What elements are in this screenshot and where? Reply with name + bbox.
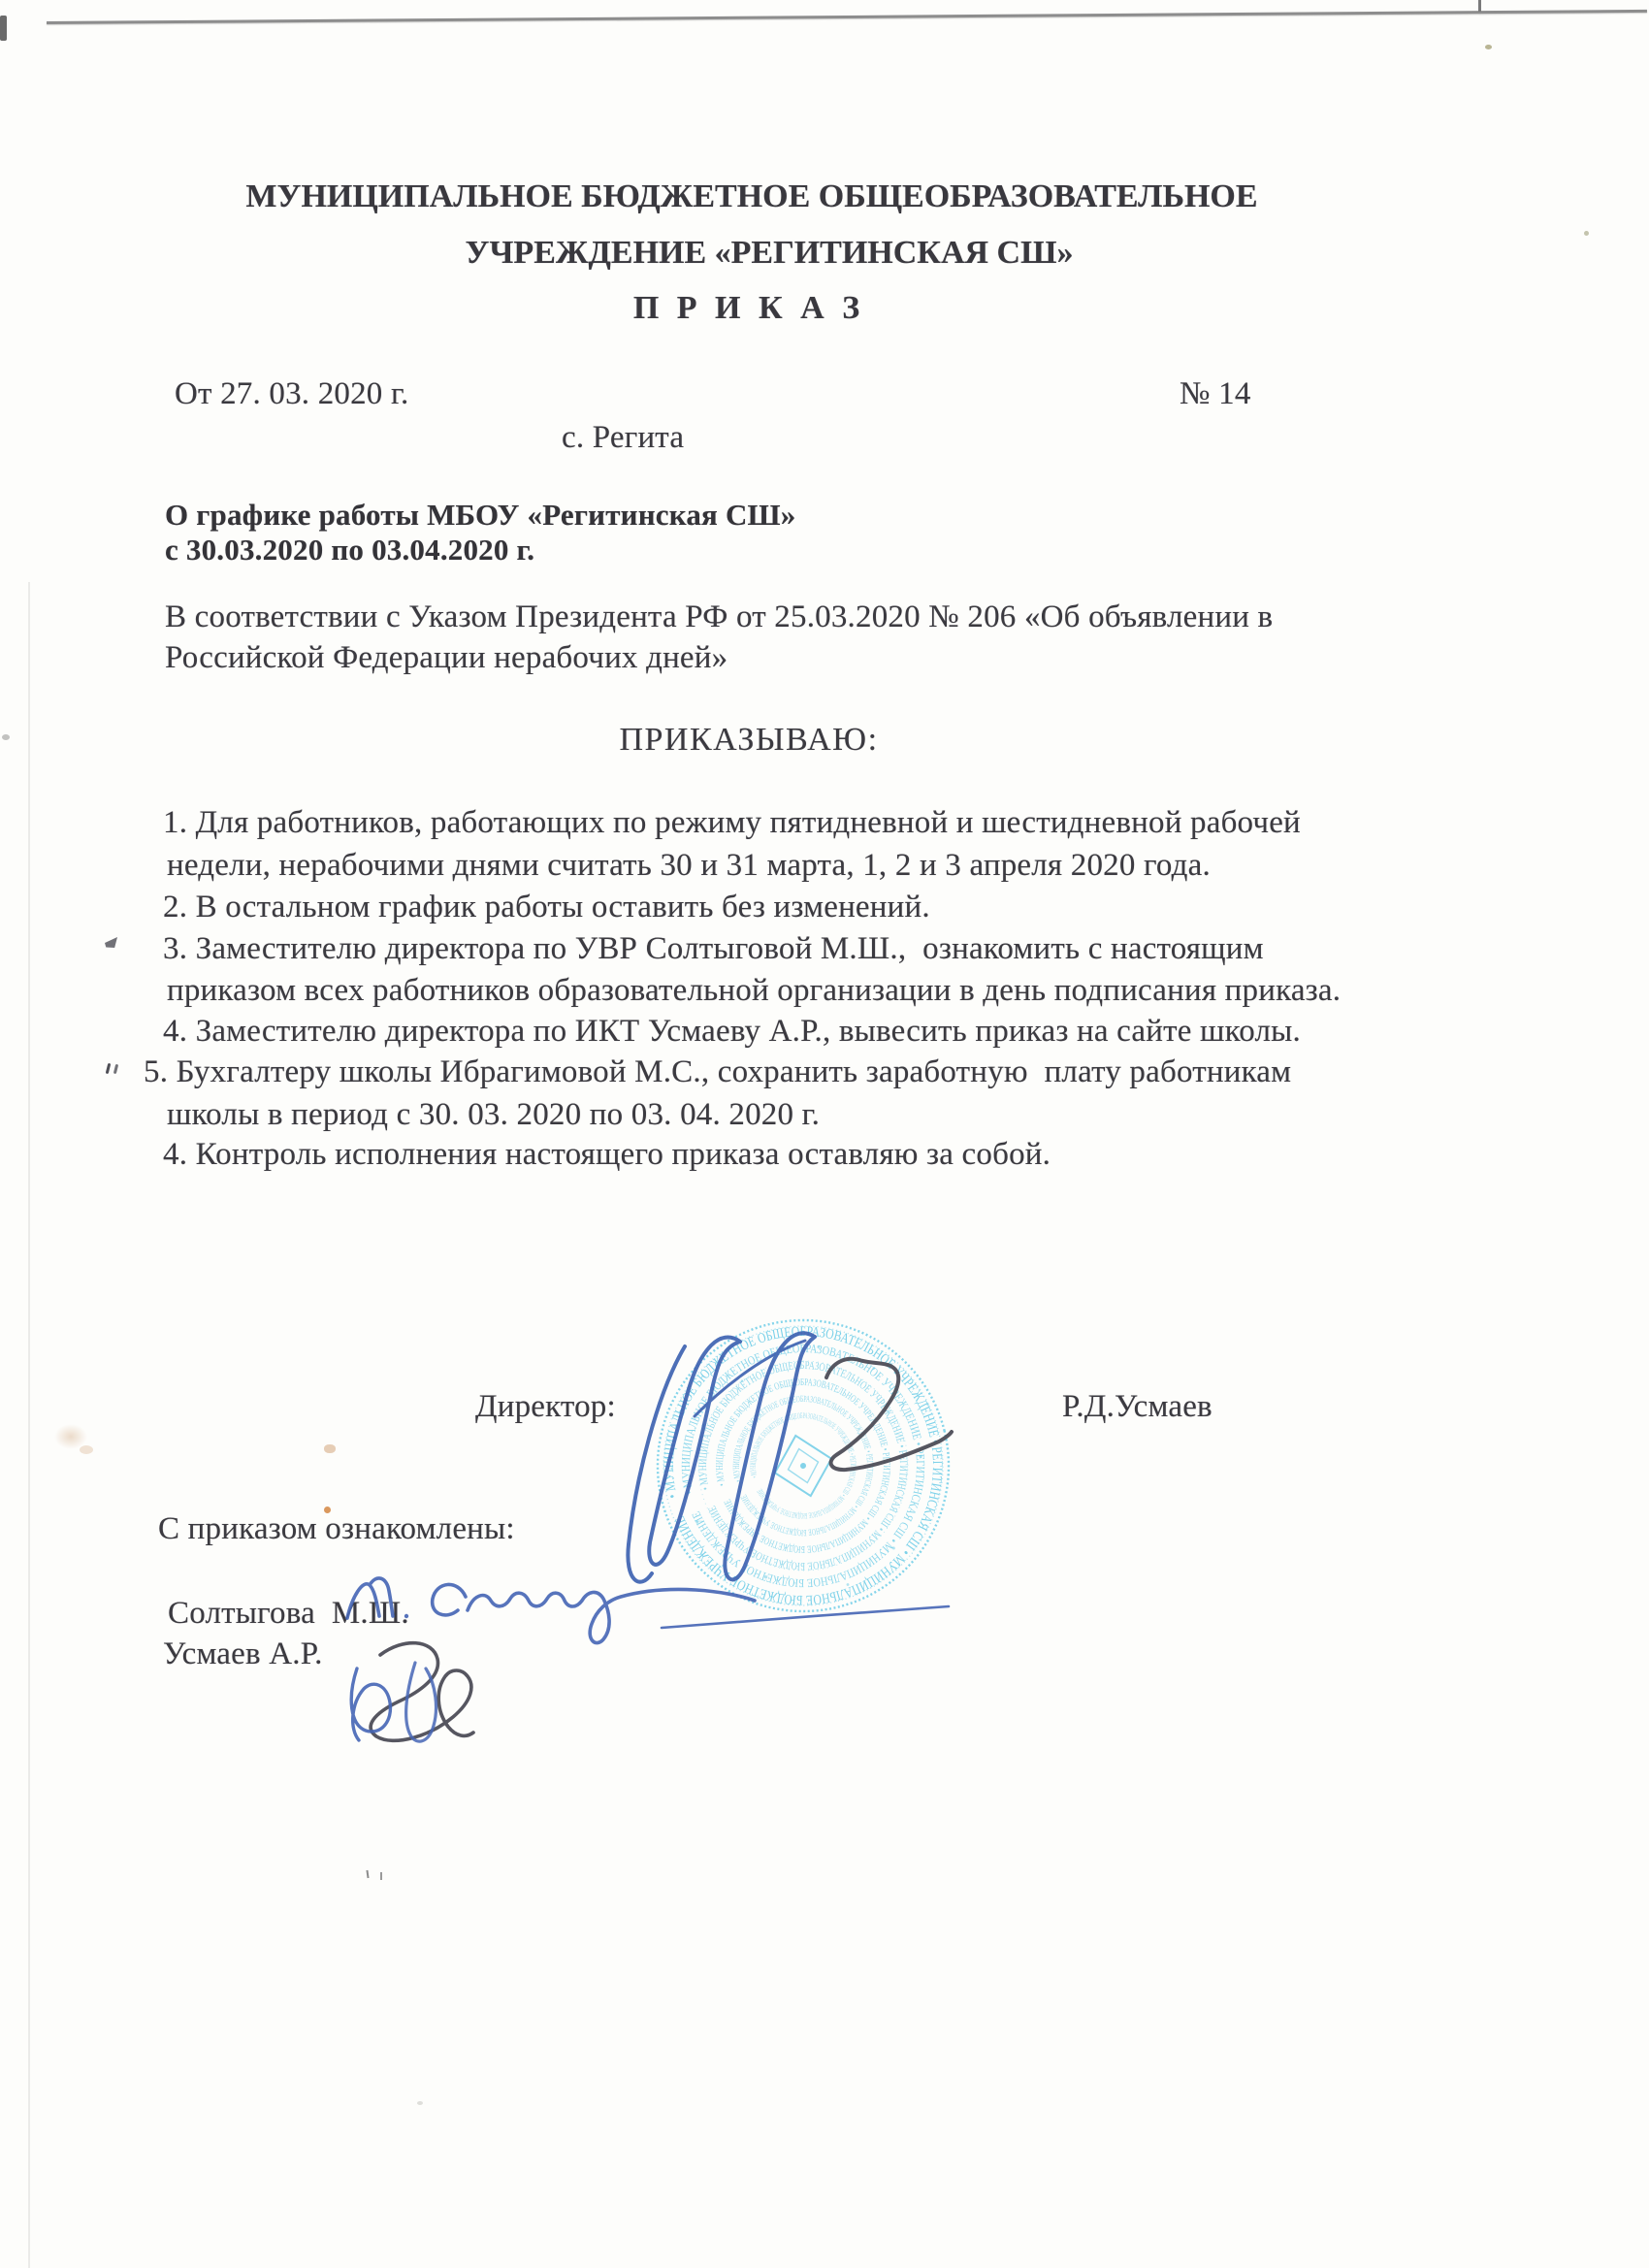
subject-line2: с 30.03.2020 по 03.04.2020 г. [165,533,534,567]
scan-tick-topright [1478,0,1481,12]
order-item-line: 5. Бухгалтеру школы Ибрагимовой М.С., со… [144,1054,1291,1090]
doc-place: с. Регита [562,420,684,456]
order-item-line: недели, нерабочими днями считать 30 и 31… [167,848,1211,884]
org-name-line1: МУНИЦИПАЛЬНОЕ БЮДЖЕТНОЕ ОБЩЕОБРАЗОВАТЕЛЬ… [0,178,1576,215]
scan-tick-bottom-a [366,1870,369,1878]
subject-line1: О графике работы МБОУ «Регитинская СШ» [165,498,796,533]
scan-edge-line-top [47,10,1647,24]
order-item-line: 1. Для работников, работающих по режиму … [163,805,1301,841]
order-item-line: школы в период с 30. 03. 2020 по 03. 04.… [167,1097,820,1133]
usmaev-signature [320,1620,533,1756]
scan-smudge-beige-small [80,1445,93,1454]
acknowledgement-title: С приказом ознакомлены: [158,1511,515,1547]
director-name: Р.Д.Усмаев [1062,1389,1212,1425]
order-item-line: приказом всех работников образовательной… [167,973,1341,1009]
preamble-line2: Российской Федерации нерабочих дней» [165,640,727,676]
scan-comma-mark-b [113,1064,118,1074]
scan-speck-olive [1485,45,1492,49]
doc-type-title: П Р И К А З [0,290,1573,327]
order-item-line: 3. Заместителю директора по УВР Солтыгов… [163,931,1264,967]
order-item-line: 2. В остальном график работы оставить бе… [163,890,930,925]
order-item-line: 4. Заместителю директора по ИКТ Усмаеву … [163,1014,1301,1050]
scan-comma-mark-a [106,1063,112,1074]
decree-word: ПРИКАЗЫВАЮ: [0,722,1573,759]
doc-number: № 14 [1180,376,1251,412]
document-page: МУНИЦИПАЛЬНОЕ БЮДЖЕТНОЕ ОБЩЕОБРАЗОВАТЕЛЬ… [0,0,1649,2268]
scan-speck-topleft [0,16,7,41]
scan-speck-beige-mid [324,1444,336,1453]
acknowledged-person-2: Усмаев А.Р. [163,1636,323,1672]
org-name-line2: УЧРЕЖДЕНИЕ «РЕГИТИНСКАЯ СШ» [0,235,1594,272]
preamble-line1: В соответствии с Указом Президента РФ от… [165,599,1273,635]
scan-mark-item3 [105,937,117,948]
scan-speck-bottom [417,2101,423,2105]
scan-edge-line-left [28,582,30,2268]
order-item-line: 4. Контроль исполнения настоящего приказ… [163,1137,1051,1173]
scan-tick-bottom-b [380,1872,382,1880]
doc-date: От 27. 03. 2020 г. [175,376,408,412]
